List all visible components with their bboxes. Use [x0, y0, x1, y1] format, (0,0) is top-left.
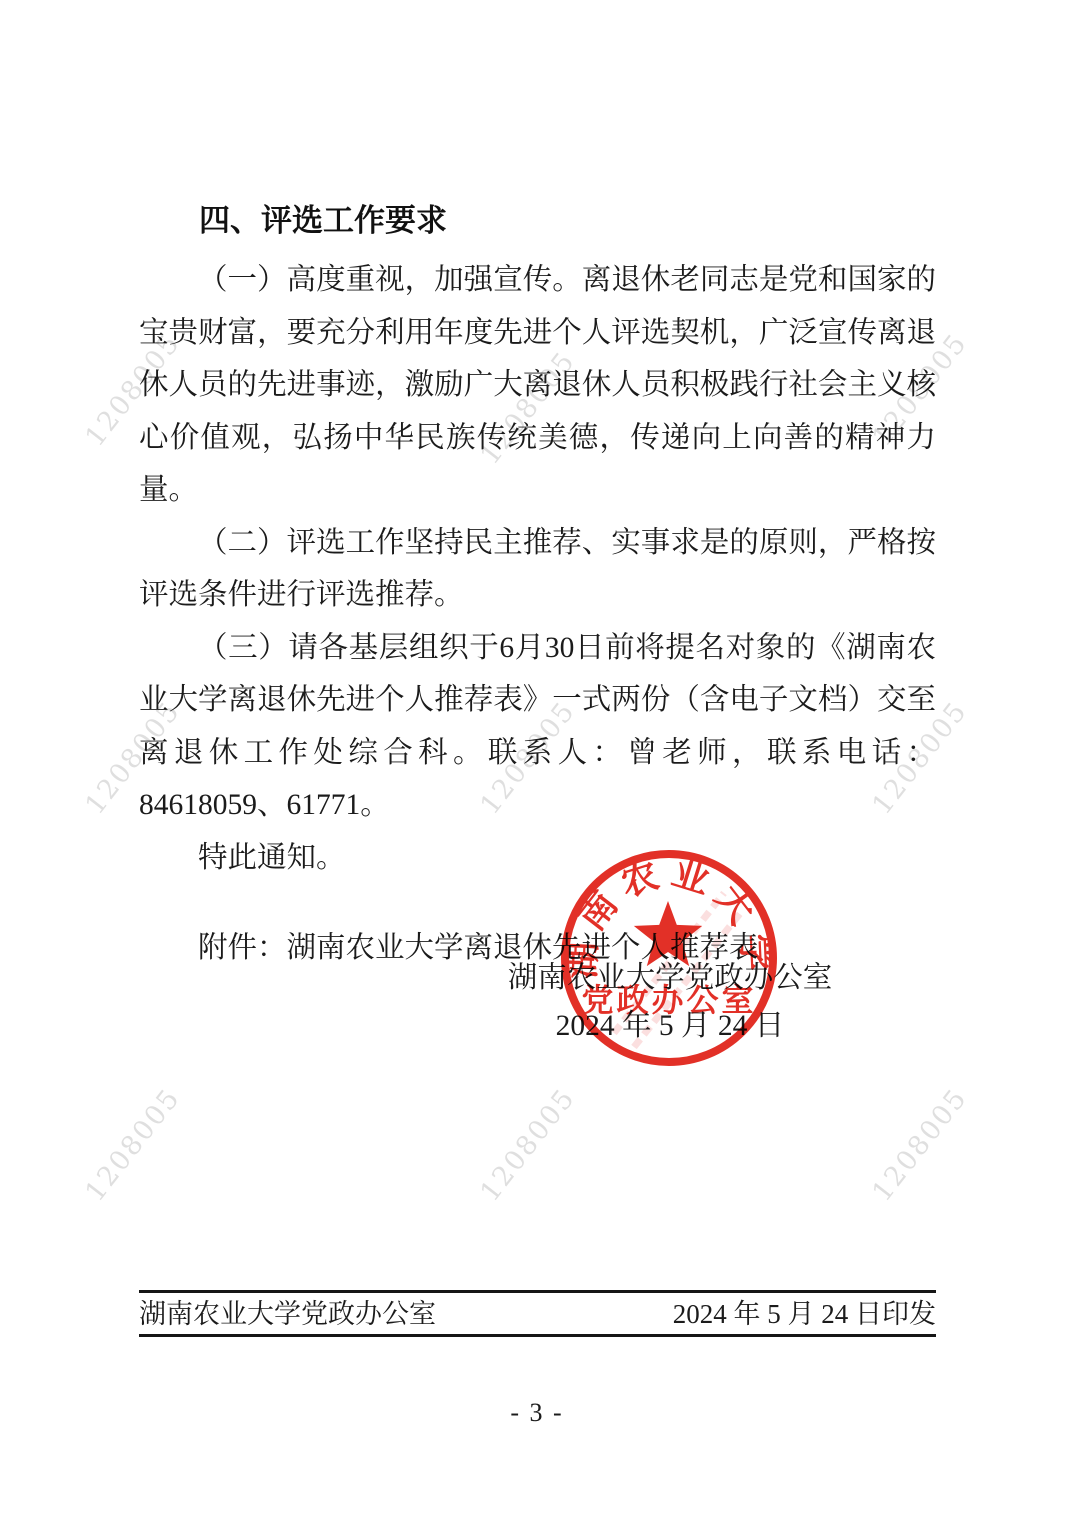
footer-rule-bottom: [139, 1334, 936, 1337]
section-heading: 四、评选工作要求: [139, 203, 936, 239]
seal-banner-text: 党政办公室: [581, 982, 756, 1018]
watermark-text: 1208005: [79, 1083, 186, 1208]
paragraph-3: （三）请各基层组织于6月30日前将提名对象的《湖南农业大学离退休先进个人推荐表》…: [139, 622, 936, 832]
footer-row: 湖南农业大学党政办公室 2024 年 5 月 24 日印发: [139, 1297, 936, 1331]
paragraph-2: （二）评选工作坚持民主推荐、实事求是的原则，严格按评选条件进行评选推荐。: [139, 517, 936, 622]
page-number: - 3 -: [0, 1398, 1074, 1428]
footer-rule-top: [139, 1290, 936, 1293]
document-page: 1208005 1208005 1208005 1208005 1208005 …: [0, 0, 1074, 1520]
paragraph-1: （一）高度重视，加强宣传。离退休老同志是党和国家的宝贵财富，要充分利用年度先进个…: [139, 254, 936, 517]
official-seal: 湖南农业大学 党政办公室: [556, 845, 782, 1071]
footer-print-date: 2024 年 5 月 24 日印发: [673, 1297, 936, 1331]
closing-line: 特此通知。: [139, 832, 936, 885]
footer-issuer: 湖南农业大学党政办公室: [139, 1297, 436, 1331]
watermark-text: 1208005: [866, 1083, 973, 1208]
watermark-text: 1208005: [474, 1083, 581, 1208]
document-body: 四、评选工作要求 （一）高度重视，加强宣传。离退休老同志是党和国家的宝贵财富，要…: [139, 203, 936, 975]
seal-star-icon: [634, 901, 702, 966]
